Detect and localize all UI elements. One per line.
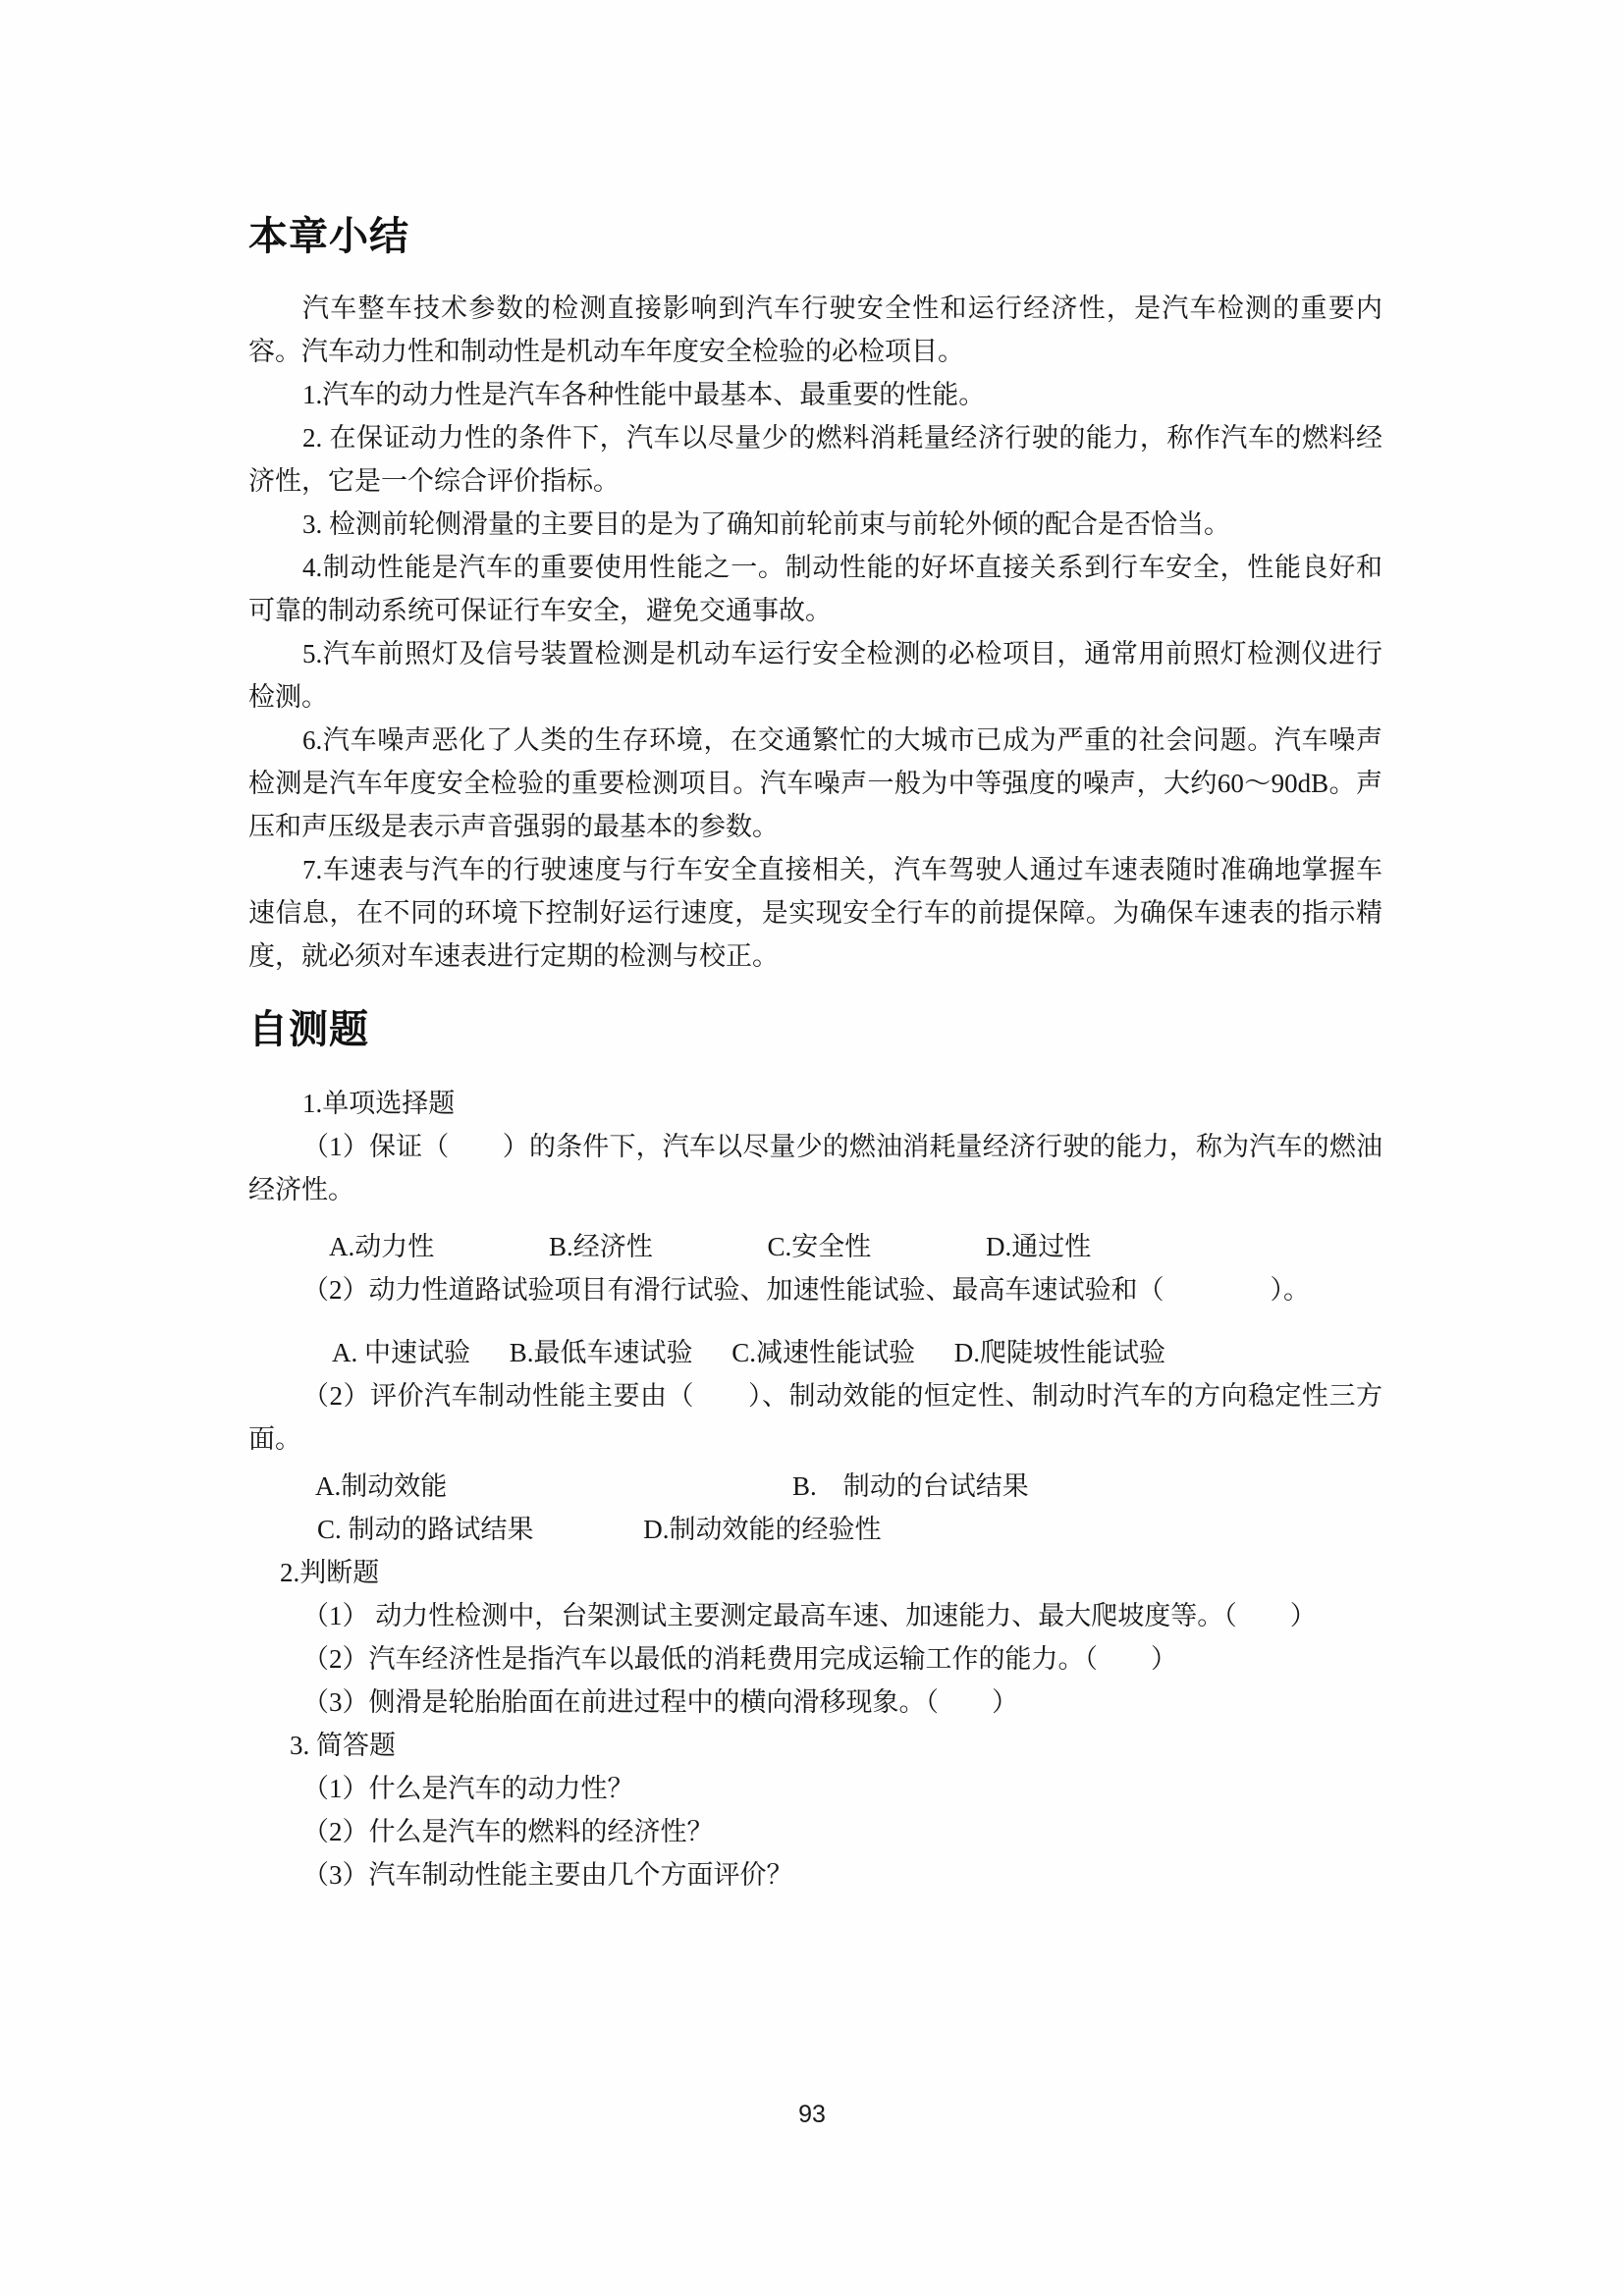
chapter-summary-title: 本章小结 bbox=[248, 0, 1382, 261]
summary-paragraph: 5.汽车前照灯及信号装置检测是机动车运行安全检测的必检项目，通常用前照灯检测仪进… bbox=[248, 632, 1382, 719]
page-content: 本章小结 汽车整车技术参数的检测直接影响到汽车行驶安全性和运行经济性，是汽车检测… bbox=[248, 0, 1382, 1896]
option-c: C.安全性 bbox=[768, 1225, 872, 1268]
short-answer-header: 3. 简答题 bbox=[248, 1724, 1382, 1767]
option-d: D.制动效能的经验性 bbox=[643, 1508, 881, 1551]
single-choice-header: 1.单项选择题 bbox=[248, 1082, 1382, 1125]
option-a: A.制动效能 bbox=[315, 1465, 447, 1508]
option-a: A.动力性 bbox=[329, 1225, 434, 1268]
summary-paragraph: 7.车速表与汽车的行驶速度与行车安全直接相关，汽车驾驶人通过车速表随时准确地掌握… bbox=[248, 848, 1382, 978]
single-choice-question-2: （2）动力性道路试验项目有滑行试验、加速性能试验、最高车速试验和（ ）。 bbox=[248, 1268, 1382, 1311]
option-c: C.减速性能试验 bbox=[731, 1331, 915, 1374]
summary-paragraph: 汽车整车技术参数的检测直接影响到汽车行驶安全性和运行经济性，是汽车检测的重要内容… bbox=[248, 287, 1382, 373]
true-false-item: （2）汽车经济性是指汽车以最低的消耗费用完成运输工作的能力。（ ） bbox=[248, 1637, 1382, 1681]
single-choice-q3-options-row2: C. 制动的路试结果 D.制动效能的经验性 bbox=[248, 1508, 1382, 1551]
option-c: C. 制动的路试结果 bbox=[317, 1508, 534, 1551]
summary-paragraph: 3. 检测前轮侧滑量的主要目的是为了确知前轮前束与前轮外倾的配合是否恰当。 bbox=[248, 503, 1382, 546]
single-choice-q1-options: A.动力性 B.经济性 C.安全性 D.通过性 bbox=[248, 1225, 1382, 1268]
document-page: 本章小结 汽车整车技术参数的检测直接影响到汽车行驶安全性和运行经济性，是汽车检测… bbox=[0, 0, 1624, 2296]
short-answer-item: （3）汽车制动性能主要由几个方面评价？ bbox=[248, 1853, 1382, 1896]
chapter-summary-section: 汽车整车技术参数的检测直接影响到汽车行驶安全性和运行经济性，是汽车检测的重要内容… bbox=[248, 287, 1382, 978]
summary-paragraph: 6.汽车噪声恶化了人类的生存环境，在交通繁忙的大城市已成为严重的社会问题。汽车噪… bbox=[248, 719, 1382, 848]
option-b: B.最低车速试验 bbox=[510, 1331, 693, 1374]
summary-paragraph: 2. 在保证动力性的条件下，汽车以尽量少的燃料消耗量经济行驶的能力，称作汽车的燃… bbox=[248, 416, 1382, 503]
option-d: D.爬陡坡性能试验 bbox=[954, 1331, 1165, 1374]
option-b: B. 制动的台试结果 bbox=[792, 1465, 1029, 1508]
page-number: 93 bbox=[0, 2101, 1624, 2129]
short-answer-item: （1）什么是汽车的动力性？ bbox=[248, 1767, 1382, 1810]
self-test-title: 自测题 bbox=[248, 1005, 1382, 1054]
option-d: D.通过性 bbox=[986, 1225, 1091, 1268]
option-a: A. 中速试验 bbox=[332, 1331, 470, 1374]
true-false-item: （1） 动力性检测中，台架测试主要测定最高车速、加速能力、最大爬坡度等。（ ） bbox=[248, 1594, 1382, 1637]
self-test-section: 1.单项选择题 （1）保证（ ）的条件下，汽车以尽量少的燃油消耗量经济行驶的能力… bbox=[248, 1082, 1382, 1896]
single-choice-question-1: （1）保证（ ）的条件下，汽车以尽量少的燃油消耗量经济行驶的能力，称为汽车的燃油… bbox=[248, 1125, 1382, 1211]
summary-paragraph: 4.制动性能是汽车的重要使用性能之一。制动性能的好坏直接关系到行车安全，性能良好… bbox=[248, 546, 1382, 632]
single-choice-q3-options-row1: A.制动效能 B. 制动的台试结果 bbox=[248, 1465, 1382, 1508]
true-false-header: 2.判断题 bbox=[248, 1551, 1382, 1594]
summary-paragraph: 1.汽车的动力性是汽车各种性能中最基本、最重要的性能。 bbox=[248, 373, 1382, 416]
single-choice-q2-options: A. 中速试验 B.最低车速试验 C.减速性能试验 D.爬陡坡性能试验 bbox=[248, 1331, 1382, 1374]
option-b: B.经济性 bbox=[549, 1225, 653, 1268]
single-choice-question-3: （2）评价汽车制动性能主要由（ ）、制动效能的恒定性、制动时汽车的方向稳定性三方… bbox=[248, 1374, 1382, 1461]
short-answer-item: （2）什么是汽车的燃料的经济性？ bbox=[248, 1810, 1382, 1853]
true-false-item: （3）侧滑是轮胎胎面在前进过程中的横向滑移现象。（ ） bbox=[248, 1681, 1382, 1724]
